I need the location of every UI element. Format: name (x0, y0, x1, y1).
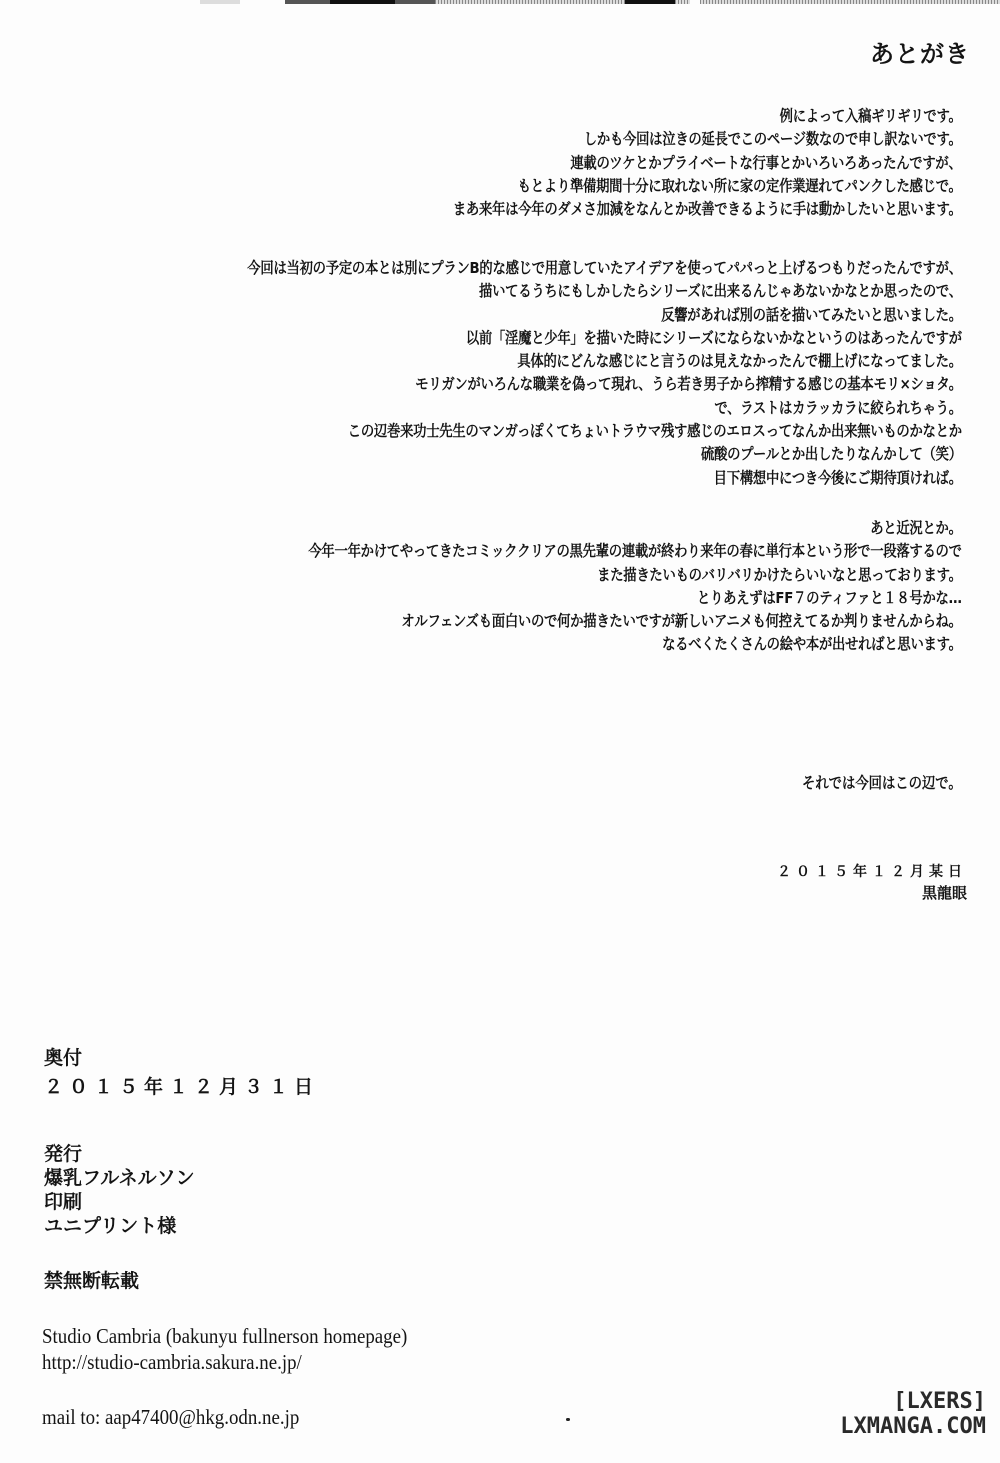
colophon-date: ２０１５年１２月３１日 (44, 1072, 319, 1099)
top-edge-artifact (0, 0, 1000, 6)
watermark-line-1: [LXERS] (840, 1390, 986, 1414)
text-line: なるべくたくさんの絵や本が出せればと思います。 (309, 633, 962, 656)
text-line: もとより準備期間十分に取れない所に家の定作業遅れてパンクした感じで。 (453, 175, 962, 198)
text-line: モリガンがいろんな職業を偽って現れ、うら若き男子から搾精する感じの基本モリ×ショ… (248, 373, 962, 396)
closing-line: それでは今回はこの辺で。 (802, 771, 962, 793)
watermark-line-2: LXMANGA.COM (840, 1414, 986, 1440)
watermark: [LXERS] LXMANGA.COM (840, 1390, 986, 1440)
colophon-label: 奥付 (44, 1046, 319, 1070)
colophon: 奥付 ２０１５年１２月３１日 (44, 1046, 319, 1099)
text-line: 連載のツケとかプライベートな行事とかいろいろあったんですが、 (453, 152, 962, 175)
no-reprint-notice: 禁無断転載 (44, 1266, 139, 1293)
signature-name: 黒龍眼 (922, 882, 967, 903)
text-line: 例によって入稿ギリギリです。 (453, 105, 962, 128)
page-title: あとがき (870, 34, 970, 69)
publisher-name: 爆乳フルネルソン (44, 1166, 195, 1190)
afterword-paragraph-2: 今回は当初の予定の本とは別にプランB的な感じで用意していたアイデアを使ってパパっ… (248, 257, 962, 490)
text-line: 硫酸のプールとか出したりなんかして（笑） (248, 443, 962, 466)
text-line: まあ来年は今年のダメさ加減をなんとか改善できるように手は動かしたいと思います。 (453, 198, 962, 221)
printer-name: ユニプリント様 (44, 1214, 195, 1238)
text-line: 今年一年かけてやってきたコミッククリアの黒先輩の連載が終わり来年の春に単行本とい… (309, 540, 962, 563)
text-line: で、ラストはカラッカラに絞られちゃう。 (248, 397, 962, 420)
text-line: オルフェンズも面白いので何か描きたいですが新しいアニメも何控えてるか判りませんか… (309, 610, 962, 633)
afterword-paragraph-1: 例によって入稿ギリギリです。 しかも今回は泣きの延長でこのページ数なので申し訳な… (453, 105, 962, 221)
text-line: また描きたいものバリバリかけたらいいなと思っております。 (309, 564, 962, 587)
text-line: あと近況とか。 (309, 517, 962, 540)
text-line: 反響があれば別の話を描いてみたいと思いました。 (248, 304, 962, 327)
afterword-paragraph-3: あと近況とか。 今年一年かけてやってきたコミッククリアの黒先輩の連載が終わり来年… (309, 517, 962, 657)
studio-url-link[interactable]: http://studio-cambria.sakura.ne.jp/ (42, 1349, 407, 1375)
signature-date: ２０１５年１２月某日 (777, 861, 967, 881)
studio-name: Studio Cambria (bakunyu fullnerson homep… (42, 1323, 407, 1349)
text-line: しかも今回は泣きの延長でこのページ数なので申し訳ないです。 (453, 128, 962, 151)
text-line: 今回は当初の予定の本とは別にプランB的な感じで用意していたアイデアを使ってパパっ… (248, 257, 962, 280)
studio-info: Studio Cambria (bakunyu fullnerson homep… (42, 1323, 407, 1375)
text-line: とりあえずはFF７のティファと１８号かな… (309, 587, 962, 610)
mail-link[interactable]: mail to: aap47400@hkg.odn.ne.jp (42, 1405, 299, 1430)
text-line: この辺巻来功士先生のマンガっぽくてちょいトラウマ残す感じのエロスってなんか出来無… (248, 420, 962, 443)
publisher-label: 発行 (44, 1142, 195, 1166)
text-line: 具体的にどんな感じにと言うのは見えなかったんで棚上げになってました。 (248, 350, 962, 373)
publication-info: 発行 爆乳フルネルソン 印刷 ユニプリント様 (44, 1142, 195, 1238)
text-line: 描いてるうちにもしかしたらシリーズに出来るんじゃあないかなとか思ったので、 (248, 280, 962, 303)
text-line: 目下構想中につき今後にご期待頂ければ。 (248, 467, 962, 490)
text-line: 以前「淫魔と少年」を描いた時にシリーズにならないかなというのはあったんですが (248, 327, 962, 350)
printer-label: 印刷 (44, 1190, 195, 1214)
speck-mark (566, 1418, 570, 1421)
